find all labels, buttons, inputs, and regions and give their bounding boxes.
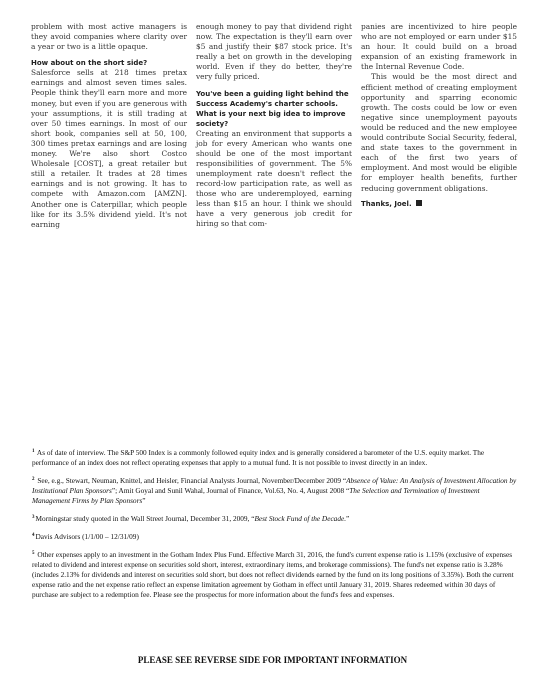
- column-3: panies are incentivized to hire people w…: [361, 22, 517, 230]
- important-information-notice: PLEASE SEE REVERSE SIDE FOR IMPORTANT IN…: [0, 655, 545, 665]
- footnote-text: Davis Advisors (1/1/00 – 12/31/09): [36, 532, 139, 541]
- footnote-number: 4: [32, 533, 35, 538]
- end-mark-icon: [416, 200, 422, 206]
- footnote-number: 3: [32, 515, 35, 520]
- article-columns: problem with most active managers is the…: [31, 22, 517, 230]
- footnote-4: 4Davis Advisors (1/1/00 – 12/31/09): [32, 531, 518, 542]
- article-title: Best Stock Fund of the Decade.: [254, 514, 346, 523]
- footnote-3: 3Morningstar study quoted in the Wall St…: [32, 513, 518, 524]
- question-heading: How about on the short side?: [31, 58, 187, 68]
- signoff-text: Thanks, Joel.: [361, 200, 412, 208]
- column-2: enough money to pay that dividend right …: [196, 22, 352, 230]
- paragraph: panies are incentivized to hire people w…: [361, 22, 517, 72]
- paragraph: Salesforce sells at 218 times pretax ear…: [31, 68, 187, 230]
- paragraph: enough money to pay that dividend right …: [196, 22, 352, 83]
- footnote-text: As of date of interview. The S&P 500 Ind…: [32, 448, 484, 467]
- footnote-text: Morningstar study quoted in the Wall Str…: [36, 514, 255, 523]
- footnotes: 1 As of date of interview. The S&P 500 I…: [32, 447, 518, 607]
- footnote-text: Other expenses apply to an investment in…: [32, 550, 514, 599]
- footnote-text: ”: [142, 496, 145, 505]
- paragraph: This would be the most direct and effici…: [361, 72, 517, 193]
- question-heading: You've been a guiding light behind the S…: [196, 89, 352, 129]
- footnote-1: 1 As of date of interview. The S&P 500 I…: [32, 447, 518, 468]
- paragraph: problem with most active managers is the…: [31, 22, 187, 52]
- footnote-text: ”: [346, 514, 349, 523]
- footnote-5: 5 Other expenses apply to an investment …: [32, 549, 518, 600]
- footnote-number: 1: [32, 449, 35, 454]
- footnote-number: 2: [32, 477, 35, 482]
- column-1: problem with most active managers is the…: [31, 22, 187, 230]
- signoff: Thanks, Joel.: [361, 200, 517, 208]
- footnote-text: ”; Amit Goyal and Sunil Wahal, Journal o…: [112, 486, 349, 495]
- footnote-text: See, e.g., Stewart, Neuman, Knittel, and…: [37, 476, 346, 485]
- paragraph: Creating an environment that supports a …: [196, 129, 352, 230]
- footnote-number: 5: [32, 551, 35, 556]
- footnote-2: 2 See, e.g., Stewart, Neuman, Knittel, a…: [32, 475, 518, 506]
